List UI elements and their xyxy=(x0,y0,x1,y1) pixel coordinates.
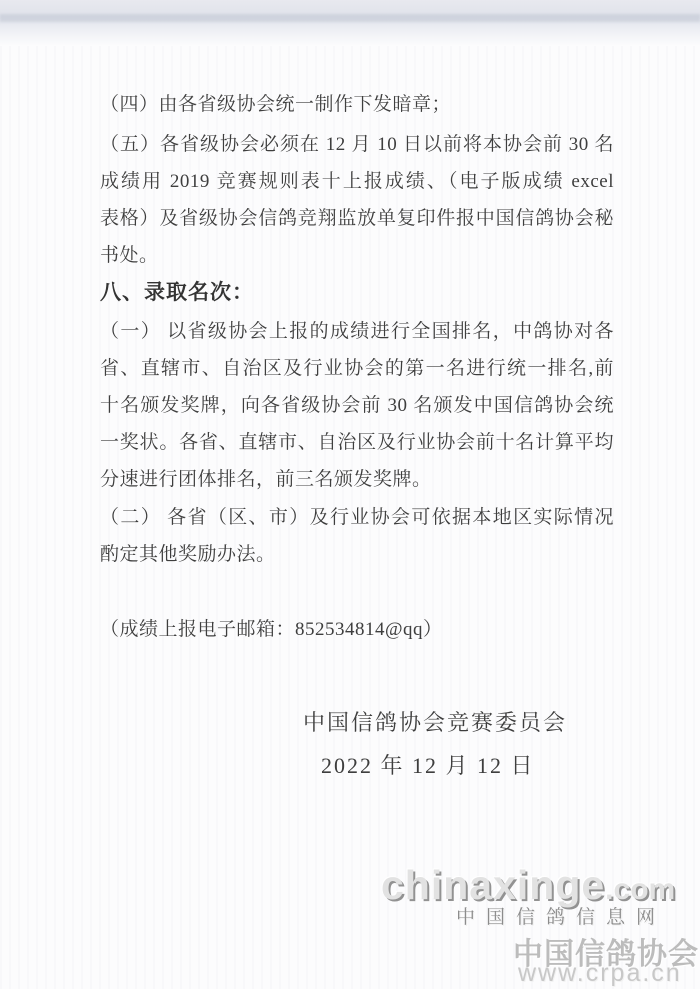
email-note-block: （成绩上报电子邮箱：852534814@qq） xyxy=(100,611,614,648)
doc-line: 书处。 xyxy=(100,237,614,274)
doc-line: 表格）及省级协会信鸽竞翔监放单复印件报中国信鸽协会秘 xyxy=(100,200,614,237)
doc-line: （五）各省级协会必须在 12 月 10 日以前将本协会前 30 名 xyxy=(100,126,614,163)
email-note: （成绩上报电子邮箱：852534814@qq） xyxy=(100,611,614,648)
section-heading: 八、录取名次： xyxy=(100,274,614,311)
doc-line: 一奖状。各省、直辖市、自治区及行业协会前十名计算平均 xyxy=(100,424,614,461)
doc-line: 分速进行团体排名，前三名颁发奖牌。 xyxy=(100,461,614,498)
paragraph-item1: （一） 以省级协会上报的成绩进行全国排名，中鸽协对各 省、直辖市、自治区及行业协… xyxy=(100,313,614,498)
doc-line: 省、直辖市、自治区及行业协会的第一名进行统一排名,前 xyxy=(100,350,614,387)
watermark-site-chinese-name: 中国信鸽信息网 xyxy=(456,902,666,929)
date-line: 2022 年 12 月 12 日 xyxy=(321,749,535,780)
doc-line: 酌定其他奖励办法。 xyxy=(100,536,614,573)
doc-line: （二） 各省（区、市）及行业协会可依据本地区实际情况 xyxy=(100,499,614,536)
section-heading-block: 八、录取名次： xyxy=(100,274,614,311)
paragraph-item2: （二） 各省（区、市）及行业协会可依据本地区实际情况 酌定其他奖励办法。 xyxy=(100,499,614,573)
doc-line: 十名颁发奖牌，向各省级协会前 30 名颁发中国信鸽协会统 xyxy=(100,387,614,424)
watermark-association-url: www.crpa.cn xyxy=(518,959,682,988)
paragraph-item5: （五）各省级协会必须在 12 月 10 日以前将本协会前 30 名 成绩用 20… xyxy=(100,126,614,274)
signature-line: 中国信鸽协会竞赛委员会 xyxy=(303,706,567,737)
scan-top-artifact xyxy=(0,0,700,46)
doc-line: （四）由各省级协会统一制作下发暗章； xyxy=(100,86,614,123)
doc-line: 成绩用 2019 竞赛规则表十上报成绩、（电子版成绩 excel xyxy=(100,163,614,200)
paragraph-item4: （四）由各省级协会统一制作下发暗章； xyxy=(100,86,614,123)
scanned-document-page: （四）由各省级协会统一制作下发暗章； （五）各省级协会必须在 12 月 10 日… xyxy=(0,0,700,989)
doc-line: （一） 以省级协会上报的成绩进行全国排名，中鸽协对各 xyxy=(100,313,614,350)
